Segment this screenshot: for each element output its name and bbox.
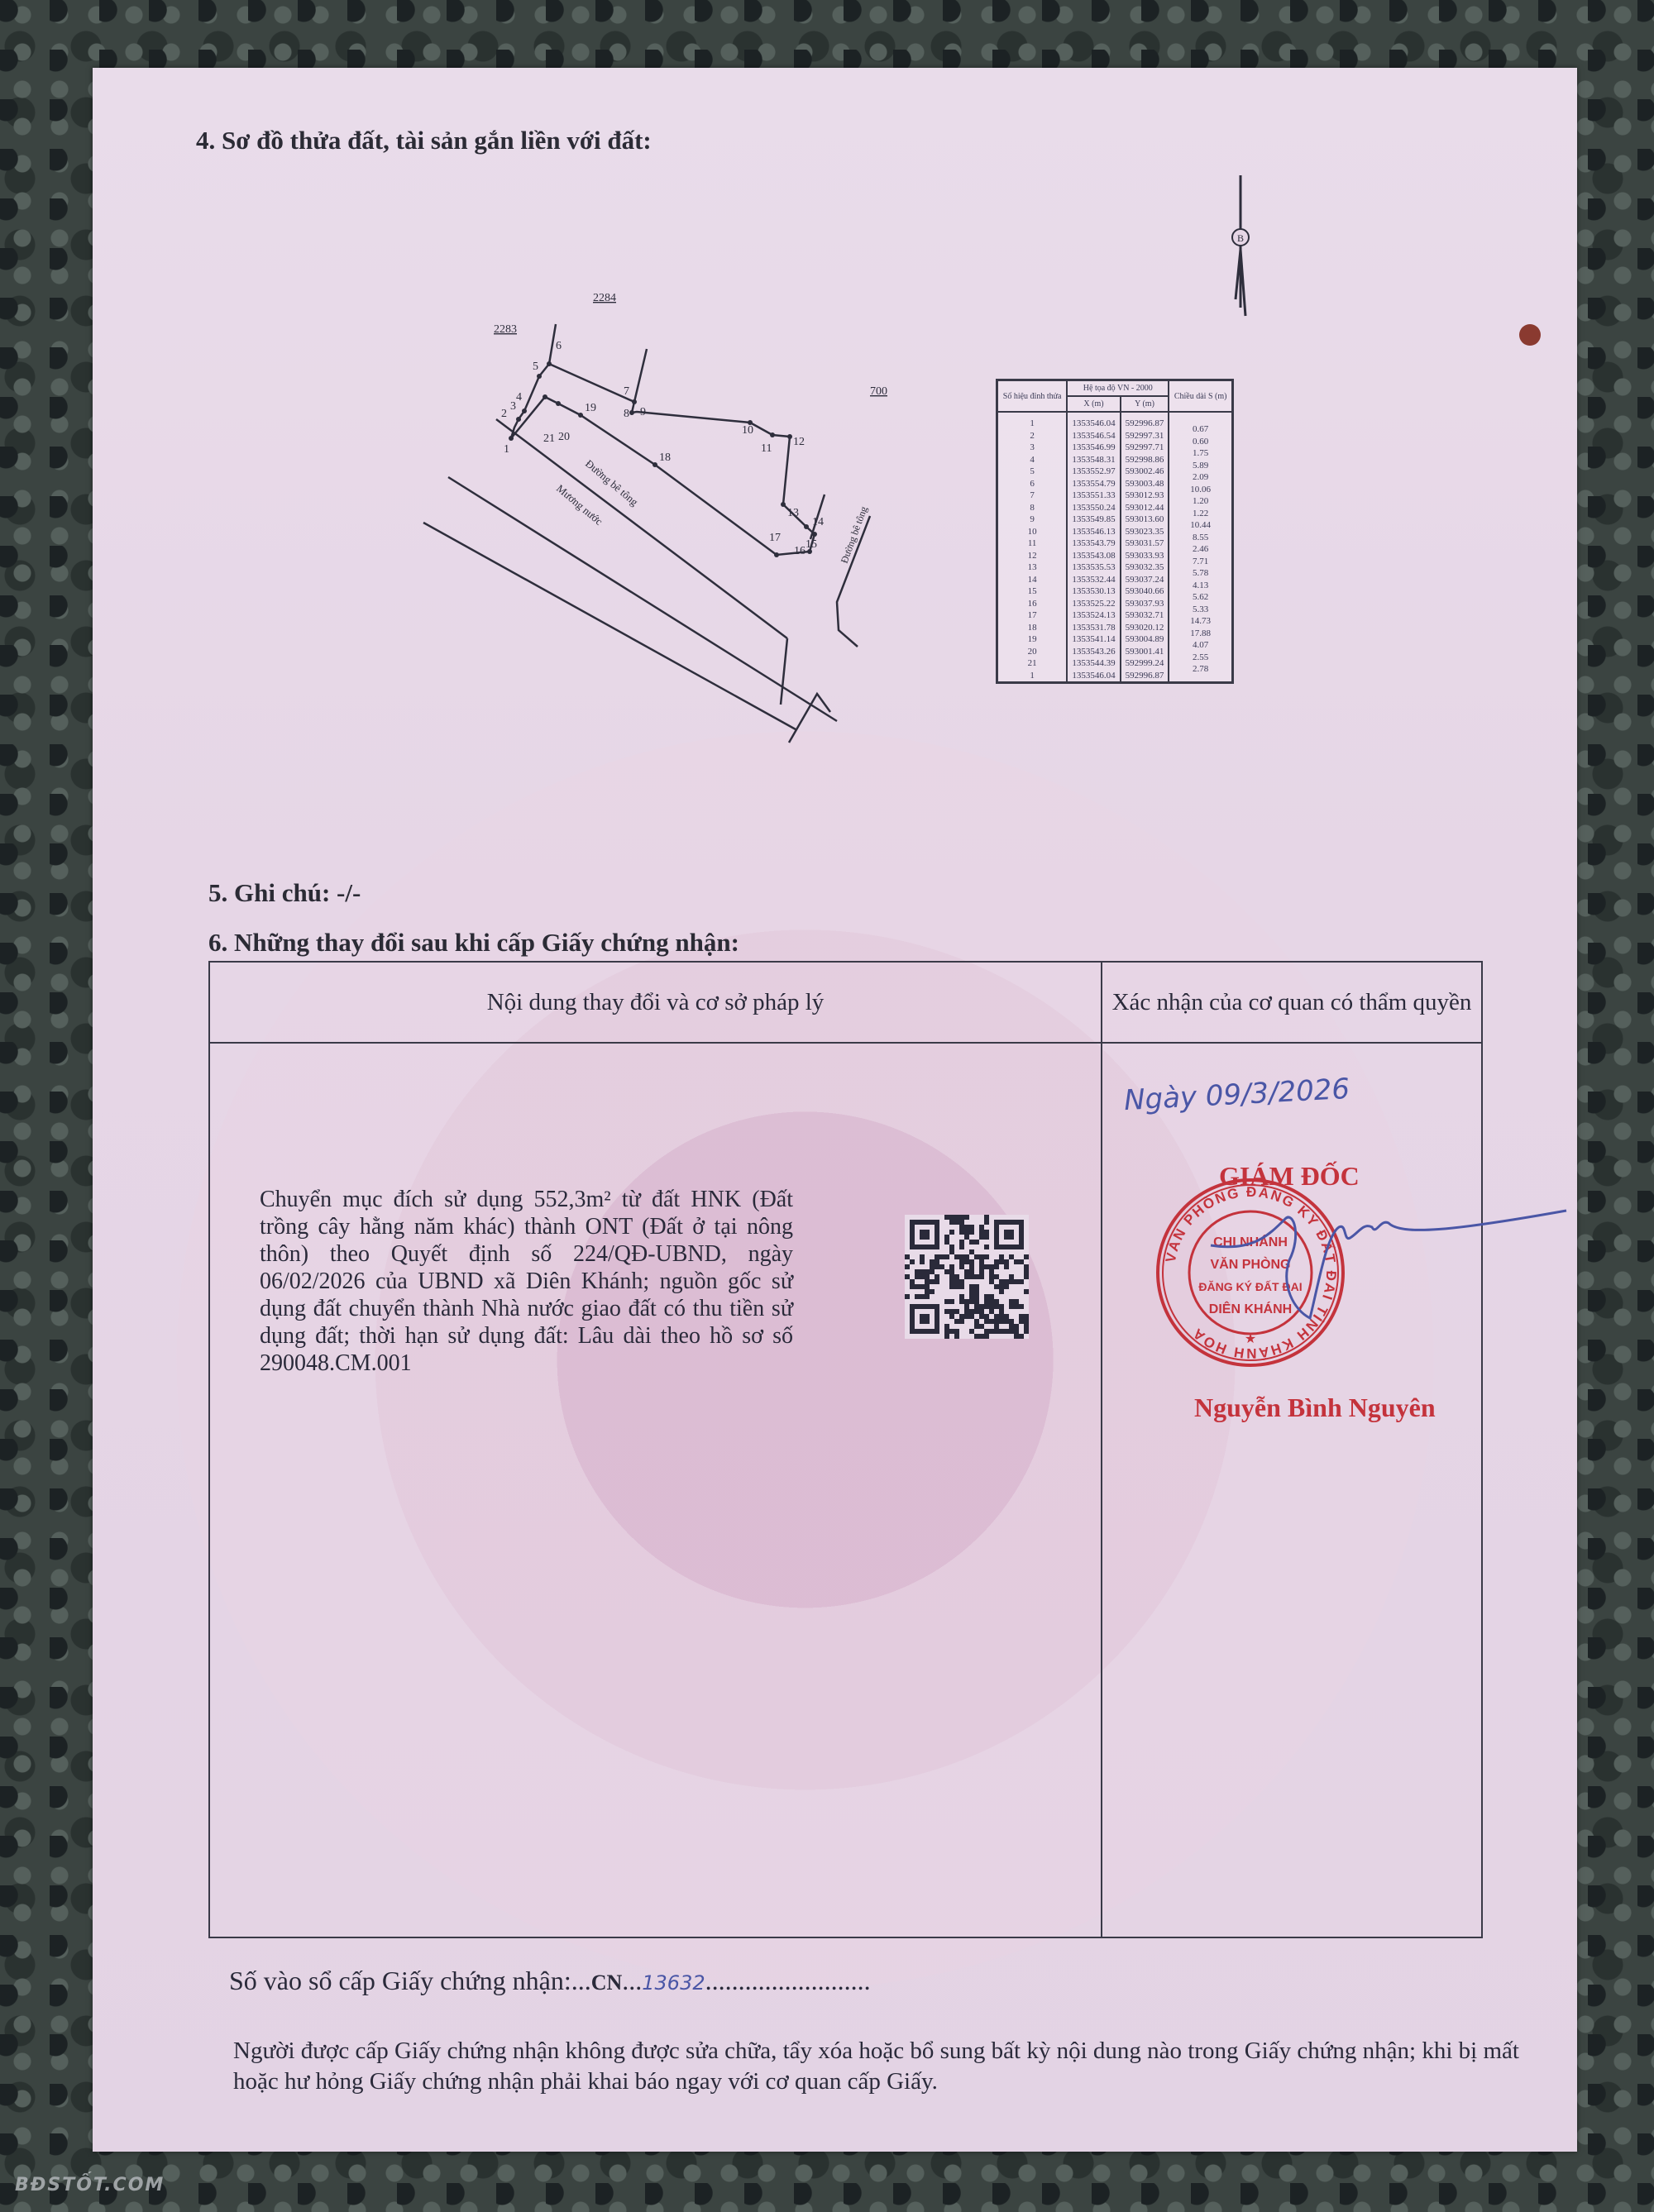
coordinate-cell-y: 593032.71 — [1121, 609, 1169, 622]
coordinate-cell-x: 1353546.04 — [1067, 670, 1120, 683]
coordinate-cell-s: 4.07 — [1169, 639, 1232, 652]
svg-text:10: 10 — [742, 424, 753, 437]
coordinate-cell-x: 1353548.31 — [1067, 454, 1120, 466]
svg-text:1: 1 — [504, 443, 509, 456]
watermark: BĐSTỐT.COM — [15, 2175, 165, 2195]
coordinate-cell-s — [1169, 676, 1232, 689]
svg-text:5: 5 — [533, 361, 538, 373]
coordinate-cell-x: 1353532.44 — [1067, 574, 1120, 586]
header-system: Hệ tọa độ VN - 2000 — [1067, 380, 1169, 397]
coordinate-cell-y: 593012.44 — [1121, 502, 1169, 514]
coordinate-cell-point: 10 — [997, 526, 1068, 538]
coordinate-cell-point: 9 — [997, 514, 1068, 526]
svg-text:8: 8 — [624, 408, 629, 420]
coordinate-cell-s: 14.73 — [1169, 615, 1232, 628]
coordinate-cell-point: 16 — [997, 598, 1068, 610]
coordinate-cell-s: 17.88 — [1169, 628, 1232, 640]
coordinate-cell-s: 10.06 — [1169, 484, 1232, 496]
coordinate-cell-y: 592999.24 — [1121, 657, 1169, 670]
coordinate-cell-s: 0.60 — [1169, 436, 1232, 448]
svg-text:16: 16 — [794, 545, 805, 557]
header-divider — [210, 1042, 1481, 1044]
coordinate-row: 11353546.04592996.870.67 — [997, 412, 1233, 430]
svg-text:21: 21 — [543, 432, 555, 445]
svg-text:3: 3 — [510, 400, 516, 413]
coordinate-cell-y: 593031.57 — [1121, 537, 1169, 550]
coordinate-cell-s: 1.22 — [1169, 508, 1232, 520]
svg-text:12: 12 — [793, 436, 805, 448]
svg-text:17: 17 — [769, 532, 781, 544]
coordinate-cell-s: 2.78 — [1169, 663, 1232, 676]
coordinate-cell-x: 1353550.24 — [1067, 502, 1120, 514]
header-x: X (m) — [1067, 396, 1120, 412]
coordinate-cell-s: 4.13 — [1169, 580, 1232, 592]
svg-text:15: 15 — [805, 538, 817, 551]
canal-label: Mương nước — [554, 482, 605, 528]
change-entry-text: Chuyển mục đích sử dụng 552,3m² từ đất H… — [260, 1186, 793, 1377]
coordinate-cell-point: 11 — [997, 537, 1068, 550]
header-length: Chiều dài S (m) — [1169, 380, 1232, 413]
registration-prefix: CN — [591, 1971, 623, 1995]
coordinate-cell-s: 5.33 — [1169, 604, 1232, 616]
coordinate-cell-point: 21 — [997, 657, 1068, 670]
svg-text:11: 11 — [761, 442, 772, 455]
coordinate-cell-s: 2.46 — [1169, 543, 1232, 556]
changes-col1-header: Nội dung thay đổi và cơ sở pháp lý — [210, 963, 1101, 1042]
confirmation-date: Ngày 09/3/2026 — [1123, 1073, 1350, 1117]
header-point: Số hiệu đỉnh thửa — [997, 380, 1068, 413]
svg-text:14: 14 — [812, 516, 824, 528]
parcel-label-2284: 2284 — [593, 292, 616, 304]
registration-number: 13632 — [642, 1971, 705, 1995]
svg-text:B: B — [1237, 232, 1244, 244]
coordinate-cell-y: 593004.89 — [1121, 633, 1169, 646]
coordinate-cell-x: 1353552.97 — [1067, 466, 1120, 478]
coordinate-cell-y: 592996.87 — [1121, 670, 1169, 683]
coordinate-cell-y: 593012.93 — [1121, 490, 1169, 502]
column-divider — [1101, 963, 1102, 1937]
coordinate-cell-point: 7 — [997, 490, 1068, 502]
coordinate-cell-s: 5.89 — [1169, 460, 1232, 472]
coordinate-cell-point: 1 — [997, 670, 1068, 683]
coordinate-cell-y: 593037.24 — [1121, 574, 1169, 586]
section-6-title: 6. Những thay đổi sau khi cấp Giấy chứng… — [208, 928, 739, 958]
qr-code-icon[interactable] — [905, 1215, 1029, 1339]
coordinate-cell-x: 1353551.33 — [1067, 490, 1120, 502]
coordinate-cell-y: 593003.48 — [1121, 478, 1169, 490]
warning-notice: Người được cấp Giấy chứng nhận không đượ… — [233, 2036, 1523, 2097]
coordinate-cell-s: 5.78 — [1169, 567, 1232, 580]
coordinate-cell-y: 593032.35 — [1121, 561, 1169, 574]
signer-name: Nguyễn Bình Nguyên — [1194, 1393, 1436, 1423]
coordinate-cell-y: 592998.86 — [1121, 454, 1169, 466]
svg-text:6: 6 — [556, 340, 562, 352]
svg-text:13: 13 — [787, 507, 799, 519]
coordinate-cell-s: 1.20 — [1169, 495, 1232, 508]
coordinate-cell-x: 1353530.13 — [1067, 585, 1120, 598]
coordinate-cell-x: 1353549.85 — [1067, 514, 1120, 526]
coordinate-cell-y: 593002.46 — [1121, 466, 1169, 478]
svg-text:4: 4 — [516, 391, 522, 404]
coordinate-cell-x: 1353543.26 — [1067, 646, 1120, 658]
changes-table: Nội dung thay đổi và cơ sở pháp lý Xác n… — [208, 961, 1483, 1938]
coordinate-cell-point: 18 — [997, 622, 1068, 634]
coordinate-cell-y: 593013.60 — [1121, 514, 1169, 526]
header-y: Y (m) — [1121, 396, 1169, 412]
coordinate-cell-y: 593037.93 — [1121, 598, 1169, 610]
coordinate-cell-point: 6 — [997, 478, 1068, 490]
coordinate-cell-point: 13 — [997, 561, 1068, 574]
coordinate-cell-point: 5 — [997, 466, 1068, 478]
coordinate-cell-s: 2.55 — [1169, 652, 1232, 664]
certificate-page: 4. Sơ đồ thửa đất, tài sản gắn liền với … — [93, 68, 1577, 2152]
coordinate-cell-x: 1353543.08 — [1067, 550, 1120, 562]
coordinate-table: Số hiệu đỉnh thửa Hệ tọa độ VN - 2000 Ch… — [996, 379, 1234, 684]
registration-line: Số vào sổ cấp Giấy chứng nhận:...CN...13… — [229, 1966, 871, 1996]
coordinate-cell-x: 1353525.22 — [1067, 598, 1120, 610]
svg-text:9: 9 — [640, 406, 646, 418]
north-arrow-icon: B — [1217, 167, 1267, 332]
svg-text:19: 19 — [585, 402, 596, 414]
changes-col2-header: Xác nhận của cơ quan có thẩm quyền — [1102, 963, 1481, 1042]
coordinate-cell-y: 592997.71 — [1121, 442, 1169, 454]
coordinate-cell-point: 15 — [997, 585, 1068, 598]
coordinate-cell-x: 1353544.39 — [1067, 657, 1120, 670]
coordinate-cell-y: 593020.12 — [1121, 622, 1169, 634]
coordinate-cell-y: 592996.87 — [1121, 412, 1169, 430]
coordinate-cell-x: 1353524.13 — [1067, 609, 1120, 622]
coordinate-cell-y: 592997.31 — [1121, 430, 1169, 442]
coordinate-cell-point: 20 — [997, 646, 1068, 658]
svg-text:20: 20 — [558, 431, 570, 443]
svg-text:7: 7 — [624, 385, 629, 398]
coordinate-cell-point: 8 — [997, 502, 1068, 514]
coordinate-cell-s: 7.71 — [1169, 556, 1232, 568]
section-5-note: 5. Ghi chú: -/- — [208, 878, 361, 908]
coordinate-cell-x: 1353543.79 — [1067, 537, 1120, 550]
coordinate-cell-s: 5.62 — [1169, 591, 1232, 604]
coordinate-cell-point: 2 — [997, 430, 1068, 442]
coordinate-cell-y: 593033.93 — [1121, 550, 1169, 562]
coordinate-cell-x: 1353546.99 — [1067, 442, 1120, 454]
registration-label: Số vào sổ cấp Giấy chứng nhận: — [229, 1966, 571, 1995]
signature — [1202, 1186, 1575, 1335]
road-label: Đường bê tông — [583, 457, 641, 509]
coordinate-cell-point: 12 — [997, 550, 1068, 562]
coordinate-cell-x: 1353541.14 — [1067, 633, 1120, 646]
coordinate-cell-point: 19 — [997, 633, 1068, 646]
coordinate-cell-y: 593040.66 — [1121, 585, 1169, 598]
coordinate-cell-point: 17 — [997, 609, 1068, 622]
stain-mark — [1519, 324, 1541, 346]
coordinate-cell-x: 1353554.79 — [1067, 478, 1120, 490]
coordinate-cell-s: 10.44 — [1169, 519, 1232, 532]
coordinate-cell-s: 2.09 — [1169, 471, 1232, 484]
coordinate-cell-point: 4 — [997, 454, 1068, 466]
coordinate-cell-x: 1353535.53 — [1067, 561, 1120, 574]
coordinate-cell-point: 1 — [997, 412, 1068, 430]
coordinate-cell-x: 1353546.54 — [1067, 430, 1120, 442]
coordinate-cell-y: 593023.35 — [1121, 526, 1169, 538]
coordinate-cell-x: 1353531.78 — [1067, 622, 1120, 634]
parcel-label-2283: 2283 — [494, 323, 517, 336]
coordinate-cell-point: 3 — [997, 442, 1068, 454]
coordinate-cell-y: 593001.41 — [1121, 646, 1169, 658]
parcel-label-700: 700 — [870, 385, 887, 398]
coordinate-cell-s: 0.67 — [1169, 418, 1232, 436]
svg-text:18: 18 — [659, 451, 671, 464]
coordinate-cell-point: 14 — [997, 574, 1068, 586]
coordinate-cell-s: 1.75 — [1169, 447, 1232, 460]
coordinate-cell-x: 1353546.13 — [1067, 526, 1120, 538]
coordinate-cell-x: 1353546.04 — [1067, 412, 1120, 430]
svg-text:2: 2 — [501, 408, 507, 420]
coordinate-cell-s: 8.55 — [1169, 532, 1232, 544]
section-4-title: 4. Sơ đồ thửa đất, tài sản gắn liền với … — [196, 126, 652, 155]
